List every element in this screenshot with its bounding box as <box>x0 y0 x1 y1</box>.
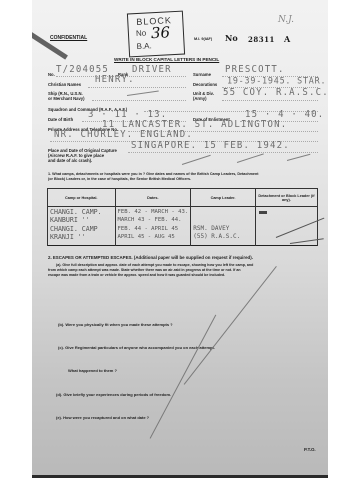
capture-label-line3: and date of a/c crash). <box>48 158 92 163</box>
camp-leader-cell: RSM. DAVEY (55) R.A.S.C. <box>191 207 256 246</box>
decorations-value: 19-39-1945. STAR. <box>227 75 326 86</box>
block-stamp: BLOCK No 36 B.A. <box>127 11 185 58</box>
ship-label-line2: or Merchant Navy) <box>48 96 85 101</box>
pencil-stroke <box>182 155 211 165</box>
ship-dash-mark <box>127 91 159 96</box>
field-rule <box>128 152 318 153</box>
question-2a-line3: escape was made from a train or vehicle … <box>48 273 225 278</box>
column-header-camp: Camp or Hospital. <box>48 189 116 207</box>
camp-entry: KRANJI '' <box>50 233 113 241</box>
instruction-heading: WRITE IN BLOCK CAPITAL LETTERS IN PENCIL <box>114 57 219 62</box>
form-number: 28311 <box>248 35 275 44</box>
leader-entry: (55) R.A.S.C. <box>193 233 253 241</box>
surname-label: Surname <box>193 72 211 77</box>
classification-label: CONFIDENTIAL <box>50 35 87 41</box>
camp-entry: CHANGI. CAMP <box>50 225 113 233</box>
initials-annotation: N.J. <box>278 15 294 25</box>
date-entry: FEB. 44 - APRIL 45 <box>118 225 189 233</box>
pencil-stroke <box>287 154 310 161</box>
block-leader-cell <box>255 207 317 246</box>
question-2b: (b). Were you physically fit when you ma… <box>58 322 173 327</box>
stamp-no-label: No <box>136 29 147 39</box>
question-2c-followup: What happened to them ? <box>68 368 117 373</box>
question-1-line2: (or Block) Leaders or, in the case of ho… <box>48 177 191 182</box>
date-entry: FEB. 42 - MARCH - 43. <box>118 208 189 216</box>
dob-label: Date of Birth <box>48 117 73 122</box>
leader-entry <box>193 216 253 224</box>
camp-cell: CHANGI. CAMP. KANBURI '' CHANGI. CAMP KR… <box>48 207 116 246</box>
stamp-ba-text: B.A. <box>136 41 152 51</box>
form-suffix: A <box>284 34 291 44</box>
question-2e: (e). How were you recaptured and on what… <box>56 415 149 420</box>
question-2c: (c). Give Regimental particulars of anyo… <box>58 345 215 350</box>
form-no-label: No <box>225 33 238 43</box>
pencil-stroke <box>237 153 264 162</box>
ref-label: M.I. 9(IAF) <box>194 37 212 41</box>
christian-names-value: HENRY. <box>95 75 135 86</box>
field-rule <box>88 87 186 88</box>
ink-blot <box>259 211 267 214</box>
field-rule <box>222 100 318 101</box>
column-header-dates: Dates. <box>115 189 191 207</box>
capture-value: SINGAPORE. 15 FEB. 1942. <box>131 141 290 152</box>
address-value-line2: NR. CHORLEY. ENGLAND. <box>54 130 193 141</box>
column-header-block-leader: Detachment or Block Leader (if any). <box>255 189 317 207</box>
stamp-no-value: 36 <box>150 23 170 42</box>
date-entry: APRIL 45 - AUG 45 <box>118 233 189 241</box>
strike-line <box>276 218 325 239</box>
pow-questionnaire-page: CONFIDENTIAL BLOCK No 36 B.A. M.I. 9(IAF… <box>32 0 328 478</box>
field-rule <box>92 100 186 101</box>
pto-label: P.T.O. <box>304 447 316 452</box>
date-entry: MARCH 43 - FEB. 44. <box>118 216 189 224</box>
decorations-label: Decorations <box>193 82 217 87</box>
question-2d: (d). Give briefly your experiences durin… <box>56 392 171 397</box>
dates-cell: FEB. 42 - MARCH - 43. MARCH 43 - FEB. 44… <box>115 207 191 246</box>
strike-through-line <box>184 266 277 385</box>
leader-entry <box>193 208 253 216</box>
camp-entry: CHANGI. CAMP. <box>50 208 113 216</box>
leader-entry: RSM. DAVEY <box>193 225 253 233</box>
christian-names-label: Christian Names <box>48 82 81 87</box>
question-2-title: 2. ESCAPES OR ATTEMPTED ESCAPES. (Additi… <box>48 255 253 260</box>
camps-table: Camp or Hospital. Dates. Camp Leader. De… <box>47 188 318 246</box>
strike-through-line <box>150 315 216 439</box>
table-row: CHANGI. CAMP. KANBURI '' CHANGI. CAMP KR… <box>48 207 318 246</box>
camp-entry: KANBURI '' <box>50 216 113 224</box>
column-header-camp-leader: Camp Leader. <box>191 189 256 207</box>
strike-line <box>290 238 324 244</box>
table-header-row: Camp or Hospital. Dates. Camp Leader. De… <box>48 189 318 207</box>
service-no-label: No. <box>48 72 55 77</box>
unit-value: 55 COY. R.A.S.C. <box>223 88 328 99</box>
rank-value: DRIVER <box>132 65 172 76</box>
unit-label-line2: (Army) <box>193 96 207 101</box>
